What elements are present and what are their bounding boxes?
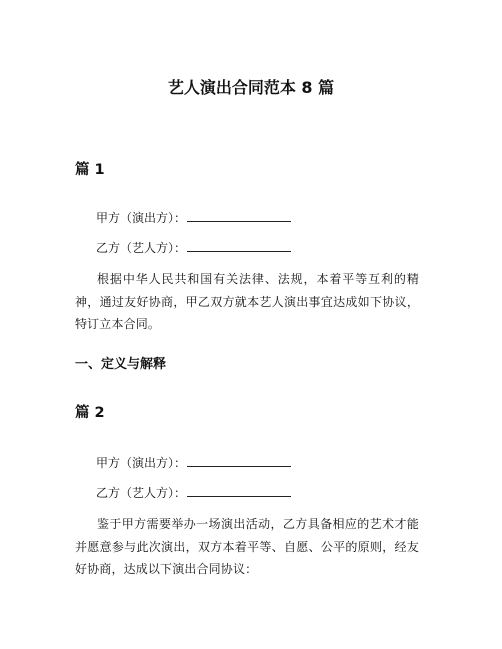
party-b-label: 乙方（艺人方）： <box>96 486 186 500</box>
party-a-label: 甲方（演出方）： <box>96 211 186 225</box>
clause-heading-definitions: 一、定义与解释 <box>75 355 166 375</box>
party-b-label: 乙方（艺人方）： <box>96 241 186 255</box>
section-heading-2: 篇 2 <box>75 403 105 423</box>
party-b-field-1: 乙方（艺人方）： <box>96 239 291 257</box>
document-title: 艺人演出合同范本 8 篇 <box>0 77 502 99</box>
preamble-paragraph-2: 鉴于甲方需要举办一场演出活动，乙方具备相应的艺术才能并愿意参与此次演出，双方本着… <box>75 513 419 581</box>
party-a-field-2: 甲方（演出方）： <box>96 454 291 472</box>
party-a-blank-line <box>187 209 291 222</box>
preamble-paragraph-1: 根据中华人民共和国有关法律、法规，本着平等互利的精神，通过友好协商，甲乙双方就本… <box>75 268 419 336</box>
document-page: 艺人演出合同范本 8 篇 篇 1 甲方（演出方）： 乙方（艺人方）： 根据中华人… <box>0 0 502 649</box>
party-b-blank-line <box>187 484 291 497</box>
party-a-field-1: 甲方（演出方）： <box>96 209 291 227</box>
party-a-blank-line <box>187 454 291 467</box>
party-b-blank-line <box>187 239 291 252</box>
section-heading-1: 篇 1 <box>75 160 105 180</box>
party-a-label: 甲方（演出方）： <box>96 456 186 470</box>
party-b-field-2: 乙方（艺人方）： <box>96 484 291 502</box>
